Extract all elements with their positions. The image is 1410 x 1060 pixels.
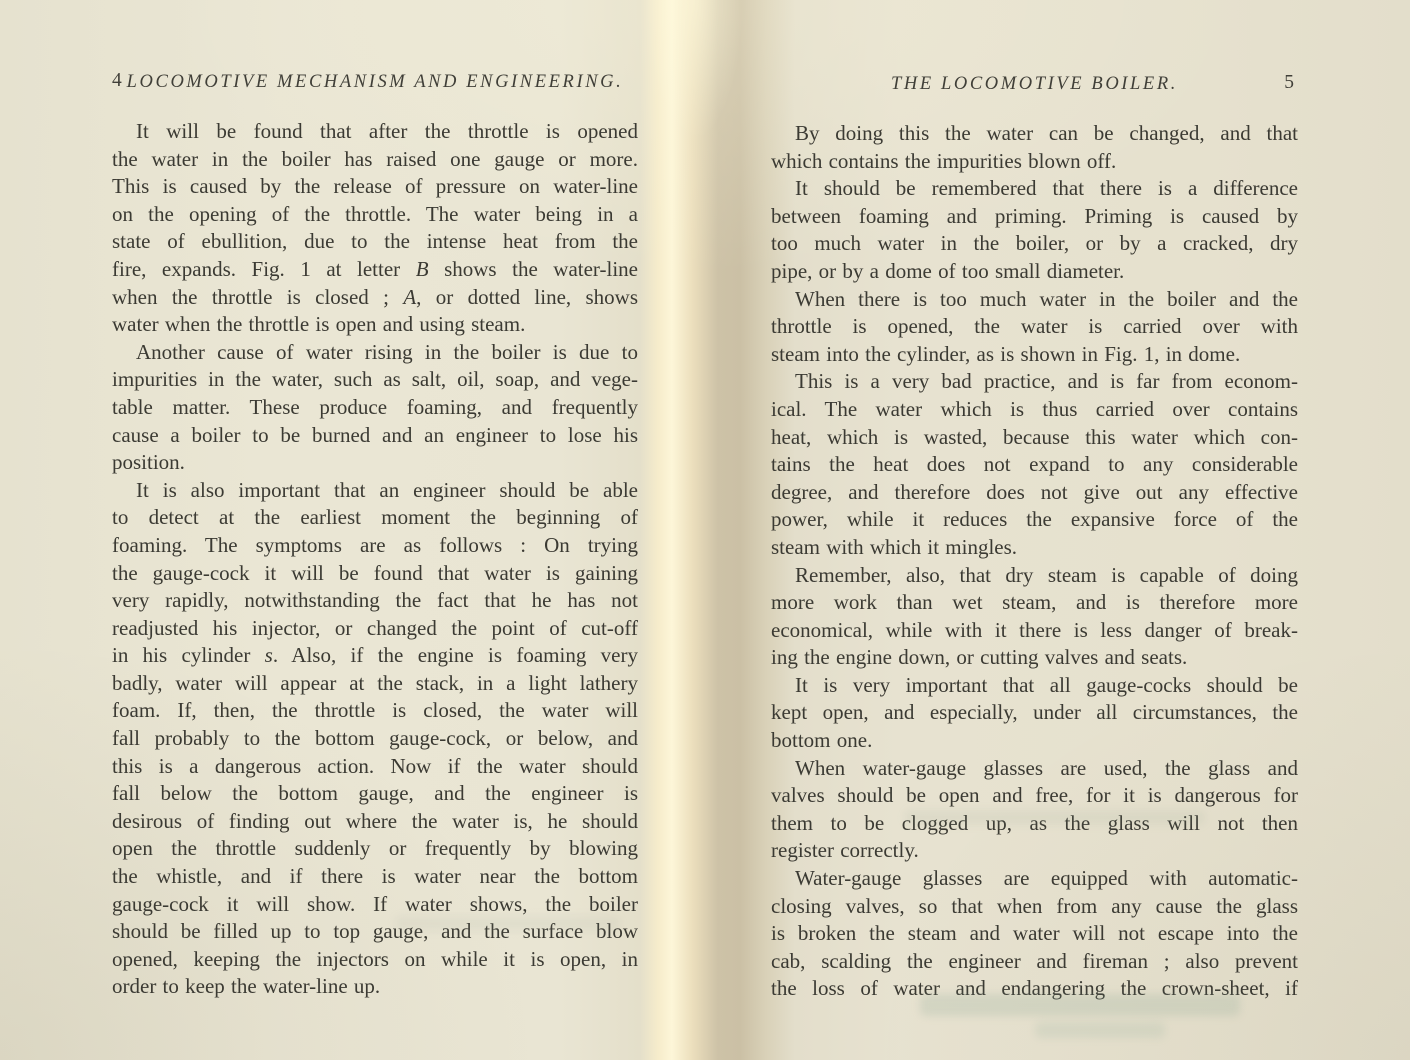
text-line: foam. If, then, the throttle is closed, … [112,697,638,725]
text-line: closing valves, so that when from any ca… [771,893,1298,921]
left-page-number: 4 [112,70,122,92]
paragraph: Remember, also, that dry steam is capabl… [771,562,1298,672]
text-line: fall below the bottom gauge, and the eng… [112,780,638,808]
left-running-title: LOCOMOTIVE MECHANISM AND ENGINEERING. [112,70,638,93]
text-line: is broken the steam and water will not e… [771,920,1298,948]
left-page-body: It will be found that after the throttle… [112,118,638,1001]
text-line: bottom one. [771,727,1298,755]
text-line: This is a very bad practice, and is far … [771,368,1298,396]
text-line: fire, expands. Fig. 1 at letter B shows … [112,256,638,284]
text-line: water when the throttle is open and usin… [112,311,638,339]
paragraph: It should be remembered that there is a … [771,175,1298,285]
text-line: gauge-cock it will show. If water shows,… [112,891,638,919]
text-line: Remember, also, that dry steam is capabl… [771,562,1298,590]
text-line: readjusted his injector, or changed the … [112,615,638,643]
paragraph: It will be found that after the throttle… [112,118,638,339]
text-line: order to keep the water-line up. [112,973,638,1001]
paragraph: It is very important that all gauge-cock… [771,672,1298,755]
text-line: register correctly. [771,837,1298,865]
text-line: very rapidly, notwithstanding the fact t… [112,587,638,615]
paragraph: When water-gauge glasses are used, the g… [771,755,1298,865]
text-line: power, while it reduces the expansive fo… [771,506,1298,534]
text-line: should be filled up to top gauge, and th… [112,918,638,946]
text-line: steam into the cylinder, as is shown in … [771,341,1298,369]
text-line: Water-gauge glasses are equipped with au… [771,865,1298,893]
text-line: them to be clogged up, as the glass will… [771,810,1298,838]
text-line: tains the heat does not expand to any co… [771,451,1298,479]
text-line: It is also important that an engineer sh… [112,477,638,505]
text-line: when the throttle is closed ; A, or dott… [112,284,638,312]
text-line: the loss of water and endangering the cr… [771,975,1298,1003]
text-line: It is very important that all gauge-cock… [771,672,1298,700]
text-line: desirous of finding out where the water … [112,808,638,836]
text-line: cause a boiler to be burned and an engin… [112,422,638,450]
text-line: fall probably to the bottom gauge-cock, … [112,725,638,753]
paragraph: It is also important that an engineer sh… [112,477,638,1001]
text-line: throttle is opened, the water is carried… [771,313,1298,341]
right-running-title: THE LOCOMOTIVE BOILER. [771,72,1298,95]
text-line: Another cause of water rising in the boi… [112,339,638,367]
text-line: impurities in the water, such as salt, o… [112,366,638,394]
text-line: economical, while with it there is less … [771,617,1298,645]
text-line: It should be remembered that there is a … [771,175,1298,203]
paragraph: By doing this the water can be changed, … [771,120,1298,175]
text-line: opened, keeping the injectors on while i… [112,946,638,974]
paragraph: Water-gauge glasses are equipped with au… [771,865,1298,1003]
right-page-body: By doing this the water can be changed, … [771,120,1298,1003]
text-line: It will be found that after the throttle… [112,118,638,146]
text-line: degree, and therefore does not give out … [771,479,1298,507]
text-line: When there is too much water in the boil… [771,286,1298,314]
text-line: the whistle, and if there is water near … [112,863,638,891]
book-gutter [640,0,760,240]
text-line: the water in the boiler has raised one g… [112,146,638,174]
text-line: this is a dangerous action. Now if the w… [112,753,638,781]
text-line: which contains the impurities blown off. [771,148,1298,176]
text-line: state of ebullition, due to the intense … [112,228,638,256]
text-line: foaming. The symptoms are as follows : O… [112,532,638,560]
right-page-header: THE LOCOMOTIVE BOILER. 5 [771,72,1298,102]
left-page-header: 4 LOCOMOTIVE MECHANISM AND ENGINEERING. [112,70,638,100]
text-line: kept open, and especially, under all cir… [771,699,1298,727]
right-page: THE LOCOMOTIVE BOILER. 5 By doing this t… [771,72,1298,1003]
text-line: table matter. These produce foaming, and… [112,394,638,422]
text-line: ing the engine down, or cutting valves a… [771,644,1298,672]
text-line: position. [112,449,638,477]
text-line: heat, which is wasted, because this wate… [771,424,1298,452]
text-line: open the throttle suddenly or frequently… [112,835,638,863]
left-page: 4 LOCOMOTIVE MECHANISM AND ENGINEERING. … [112,70,638,1001]
text-line: too much water in the boiler, or by a cr… [771,230,1298,258]
text-line: more work than wet steam, and is therefo… [771,589,1298,617]
text-line: By doing this the water can be changed, … [771,120,1298,148]
text-line: on the opening of the throttle. The wate… [112,201,638,229]
open-book-spread: 4 LOCOMOTIVE MECHANISM AND ENGINEERING. … [0,0,1410,1060]
right-page-number: 5 [1284,72,1294,94]
text-line: the gauge-cock it will be found that wat… [112,560,638,588]
text-line: to detect at the earliest moment the beg… [112,504,638,532]
text-line: between foaming and priming. Priming is … [771,203,1298,231]
text-line: ical. The water which is thus carried ov… [771,396,1298,424]
paragraph: This is a very bad practice, and is far … [771,368,1298,561]
paragraph: Another cause of water rising in the boi… [112,339,638,477]
show-through-smudge [1035,1022,1165,1038]
text-line: This is caused by the release of pressur… [112,173,638,201]
text-line: pipe, or by a dome of too small diameter… [771,258,1298,286]
text-line: in his cylinder s. Also, if the engine i… [112,642,638,670]
text-line: steam with which it mingles. [771,534,1298,562]
text-line: valves should be open and free, for it i… [771,782,1298,810]
text-line: When water-gauge glasses are used, the g… [771,755,1298,783]
text-line: badly, water will appear at the stack, i… [112,670,638,698]
text-line: cab, scalding the engineer and fireman ;… [771,948,1298,976]
paragraph: When there is too much water in the boil… [771,286,1298,369]
